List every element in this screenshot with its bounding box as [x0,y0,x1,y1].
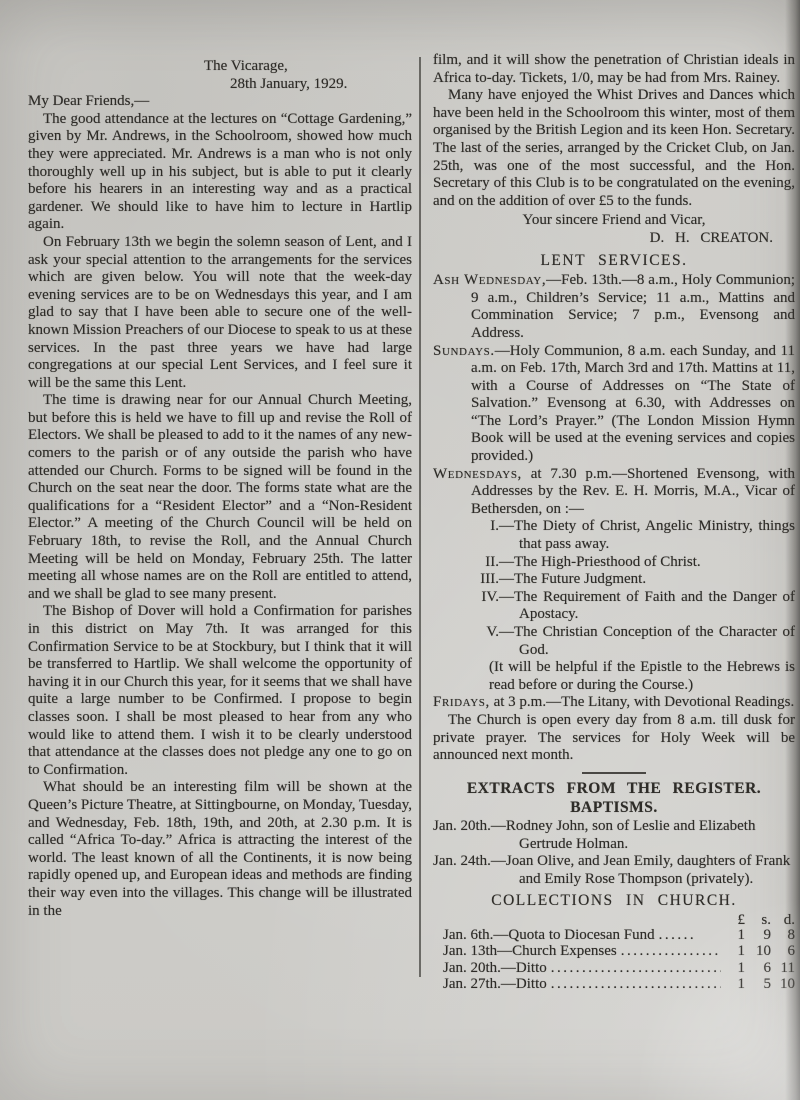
topic-text: —The Diety of Christ, Angelic Ministry, … [499,518,795,552]
service-day-label: Sundays. [433,343,495,359]
service-day-label: Fridays, [433,694,490,710]
letter-paragraph: What should be an interesting film will … [28,779,412,920]
collection-label: Jan. 20th.—Ditto [443,960,547,977]
letter-paragraph: On February 13th we begin the solemn sea… [28,234,412,392]
letter-paragraph: Many have enjoyed the Whist Drives and D… [433,87,795,210]
course-topic: V.—The Christian Conception of the Chara… [433,624,795,659]
course-topic: IV.—The Requirement of Faith and the Dan… [433,589,795,624]
church-open-note: The Church is open every day from 8 a.m.… [433,712,795,765]
service-day-label: Wednesdays, [433,466,522,482]
letter-salutation: My Dear Friends,— [28,93,412,111]
letter-date: 28th January, 1929. [28,76,412,94]
collection-label: Jan. 13th—Church Expenses [443,943,617,960]
service-item-fridays: Fridays, at 3 p.m.—The Litany, with Devo… [433,694,795,712]
topic-text: —The Requirement of Faith and the Danger… [499,589,795,623]
right-column: film, and it will show the penetration o… [433,52,795,993]
service-item-sundays: Sundays.—Holy Communion, 8 a.m. each Sun… [433,343,795,466]
baptism-date: Jan. 20th.— [433,818,506,834]
topic-numeral: V. [473,624,499,642]
topic-numeral: II. [473,554,499,572]
topic-text: —The Future Judgment. [499,571,646,587]
topic-text: —The Christian Conception of the Charact… [499,624,795,658]
service-item-ash-wednesday: Ash Wednesday,—Feb. 13th.—8 a.m., Holy C… [433,272,795,342]
course-topic: I.—The Diety of Christ, Angelic Ministry… [433,518,795,553]
service-day-label: Ash Wednesday, [433,272,546,288]
baptism-text: Rodney John, son of Leslie and Elizabeth… [506,818,756,852]
course-topic: II.—The High-Priesthood of Christ. [433,554,795,572]
left-column: The Vicarage, 28th January, 1929. My Dea… [28,58,412,920]
course-note: (It will be helpful if the Epistle to th… [489,659,795,694]
baptisms-title: BAPTISMS. [433,799,795,817]
letter-address: The Vicarage, [28,58,412,76]
baptism-date: Jan. 24th.— [433,853,506,869]
baptism-entry: Jan. 20th.—Rodney John, son of Leslie an… [433,818,795,853]
lent-services-title: LENT SERVICES. [433,252,795,270]
topic-numeral: I. [473,518,499,536]
letter-paragraph: The time is drawing near for our Annual … [28,392,412,603]
register-title: EXTRACTS FROM THE REGISTER. [433,780,795,798]
topic-numeral: III. [473,571,499,589]
letter-closing: Your sincere Friend and Vicar, [433,212,795,230]
collection-label: Jan. 27th.—Ditto [443,976,547,993]
course-topic: III.—The Future Judgment. [433,571,795,589]
letter-paragraph: The good attendance at the lectures on “… [28,111,412,234]
service-text: —Holy Communion, 8 a.m. each Sunday, and… [471,343,795,465]
letter-paragraph: The Bishop of Dover will hold a Confirma… [28,603,412,779]
topic-text: —The High-Priesthood of Christ. [499,554,701,570]
service-text: at 3 p.m.—The Litany, with Devotional Re… [490,694,794,710]
topic-numeral: IV. [473,589,499,607]
page-corner-highlight [620,880,800,1100]
column-divider [419,57,421,977]
service-item-wednesdays: Wednesdays, at 7.30 p.m.—Shortened Evens… [433,466,795,519]
section-rule [582,772,646,774]
letter-signature: D. H. CREATON. [433,230,795,248]
letter-paragraph-continuation: film, and it will show the penetration o… [433,52,795,87]
